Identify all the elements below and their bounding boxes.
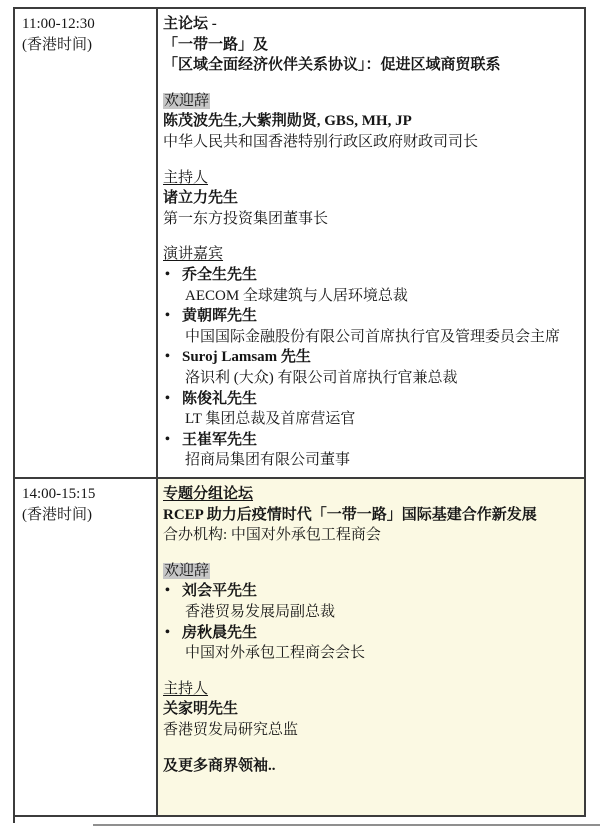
agenda-text-line: 香港贸发局研究总监 [163,720,576,741]
speaker-role: AECOM 全球建筑与人居环境总裁 [163,286,576,307]
speaker-name-text: 陈俊礼先生 [182,389,257,410]
speaker-name: •黄朝晖先生 [163,306,576,327]
bullet-marker: • [163,581,182,602]
agenda-text-line: 中华人民共和国香港特别行政区政府财政司司长 [163,132,576,153]
section-label-highlighted: 欢迎辞 [163,91,576,112]
time-cell: 14:00-15:15 (香港时间) [15,479,158,815]
highlight-text: 欢迎辞 [163,93,210,109]
agenda-table: 11:00-12:30 (香港时间) 主论坛 -「一带一路」及「区域全面经济伙伴… [13,7,586,817]
speaker-name-text: 王崔军先生 [182,430,257,451]
table-row: 14:00-15:15 (香港时间) 专题分组论坛RCEP 助力后疫情时代「一带… [15,479,584,815]
speaker-name: •王崔军先生 [163,430,576,451]
session-content-cell: 主论坛 -「一带一路」及「区域全面经济伙伴关系协议」：促进区域商贸联系欢迎辞陈茂… [158,9,584,477]
speaker-name: •房秋晨先生 [163,623,576,644]
bullet-marker: • [163,347,182,368]
session-content-cell: 专题分组论坛RCEP 助力后疫情时代「一带一路」国际基建合作新发展合办机构: 中… [158,479,584,815]
speaker-name-text: 房秋晨先生 [182,623,257,644]
section-label-underlined: 主持人 [163,679,576,700]
speaker-name-text: 刘会平先生 [182,581,257,602]
agenda-text-line: 主论坛 - [163,14,576,35]
speaker-role: LT 集团总裁及首席营运官 [163,409,576,430]
section-label-highlighted: 欢迎辞 [163,561,576,582]
bullet-marker: • [163,389,182,410]
speaker-name: •陈俊礼先生 [163,389,576,410]
highlight-text: 欢迎辞 [163,563,210,579]
bullet-marker: • [163,430,182,451]
speaker-name-text: Suroj Lamsam 先生 [182,347,311,368]
session-timezone: (香港时间) [22,505,152,526]
bullet-marker: • [163,265,182,286]
session-time: 14:00-15:15 [22,484,152,505]
speaker-name-text: 乔全生先生 [182,265,257,286]
page: { "document": { "type": "conference-agen… [0,0,600,833]
agenda-text-line: 陈茂波先生,大紫荆勋贤, GBS, MH, JP [163,111,576,132]
spacer [163,741,576,756]
section-label-underlined: 演讲嘉宾 [163,244,576,265]
speaker-role: 香港贸易发展局副总裁 [163,602,576,623]
speaker-name: •刘会平先生 [163,581,576,602]
speaker-name: •乔全生先生 [163,265,576,286]
speaker-name-text: 黄朝晖先生 [182,306,257,327]
agenda-text-line: RCEP 助力后疫情时代「一带一路」国际基建合作新发展 [163,505,576,526]
session-heading: 专题分组论坛 [163,484,576,505]
spacer [163,76,576,91]
time-cell: 11:00-12:30 (香港时间) [15,9,158,477]
speaker-role: 招商局集团有限公司董事 [163,450,576,471]
spacer [163,153,576,168]
table-row: 11:00-12:30 (香港时间) 主论坛 -「一带一路」及「区域全面经济伙伴… [15,9,584,479]
spacer [163,546,576,561]
next-row-top-border [93,824,600,826]
session-timezone: (香港时间) [22,35,152,56]
agenda-text-line: 第一东方投资集团董事长 [163,209,576,230]
spacer [163,229,576,244]
agenda-text-line: 「一带一路」及 [163,35,576,56]
session-time: 11:00-12:30 [22,14,152,35]
agenda-text-line: 诸立力先生 [163,188,576,209]
agenda-text-line: 合办机构: 中国对外承包工程商会 [163,525,576,546]
bullet-marker: • [163,623,182,644]
spacer [163,664,576,679]
agenda-text-line: 及更多商界领袖.. [163,756,576,777]
speaker-name: •Suroj Lamsam 先生 [163,347,576,368]
speaker-role: 中国国际金融股份有限公司首席执行官及管理委员会主席 [163,327,576,348]
speaker-role: 中国对外承包工程商会会长 [163,643,576,664]
bullet-marker: • [163,306,182,327]
agenda-text-line: 「区域全面经济伙伴关系协议」：促进区域商贸联系 [163,55,576,76]
speaker-role: 洛识利 (大众) 有限公司首席执行官兼总裁 [163,368,576,389]
agenda-text-line: 关家明先生 [163,699,576,720]
section-label-underlined: 主持人 [163,168,576,189]
table-left-border-stub [13,815,15,823]
